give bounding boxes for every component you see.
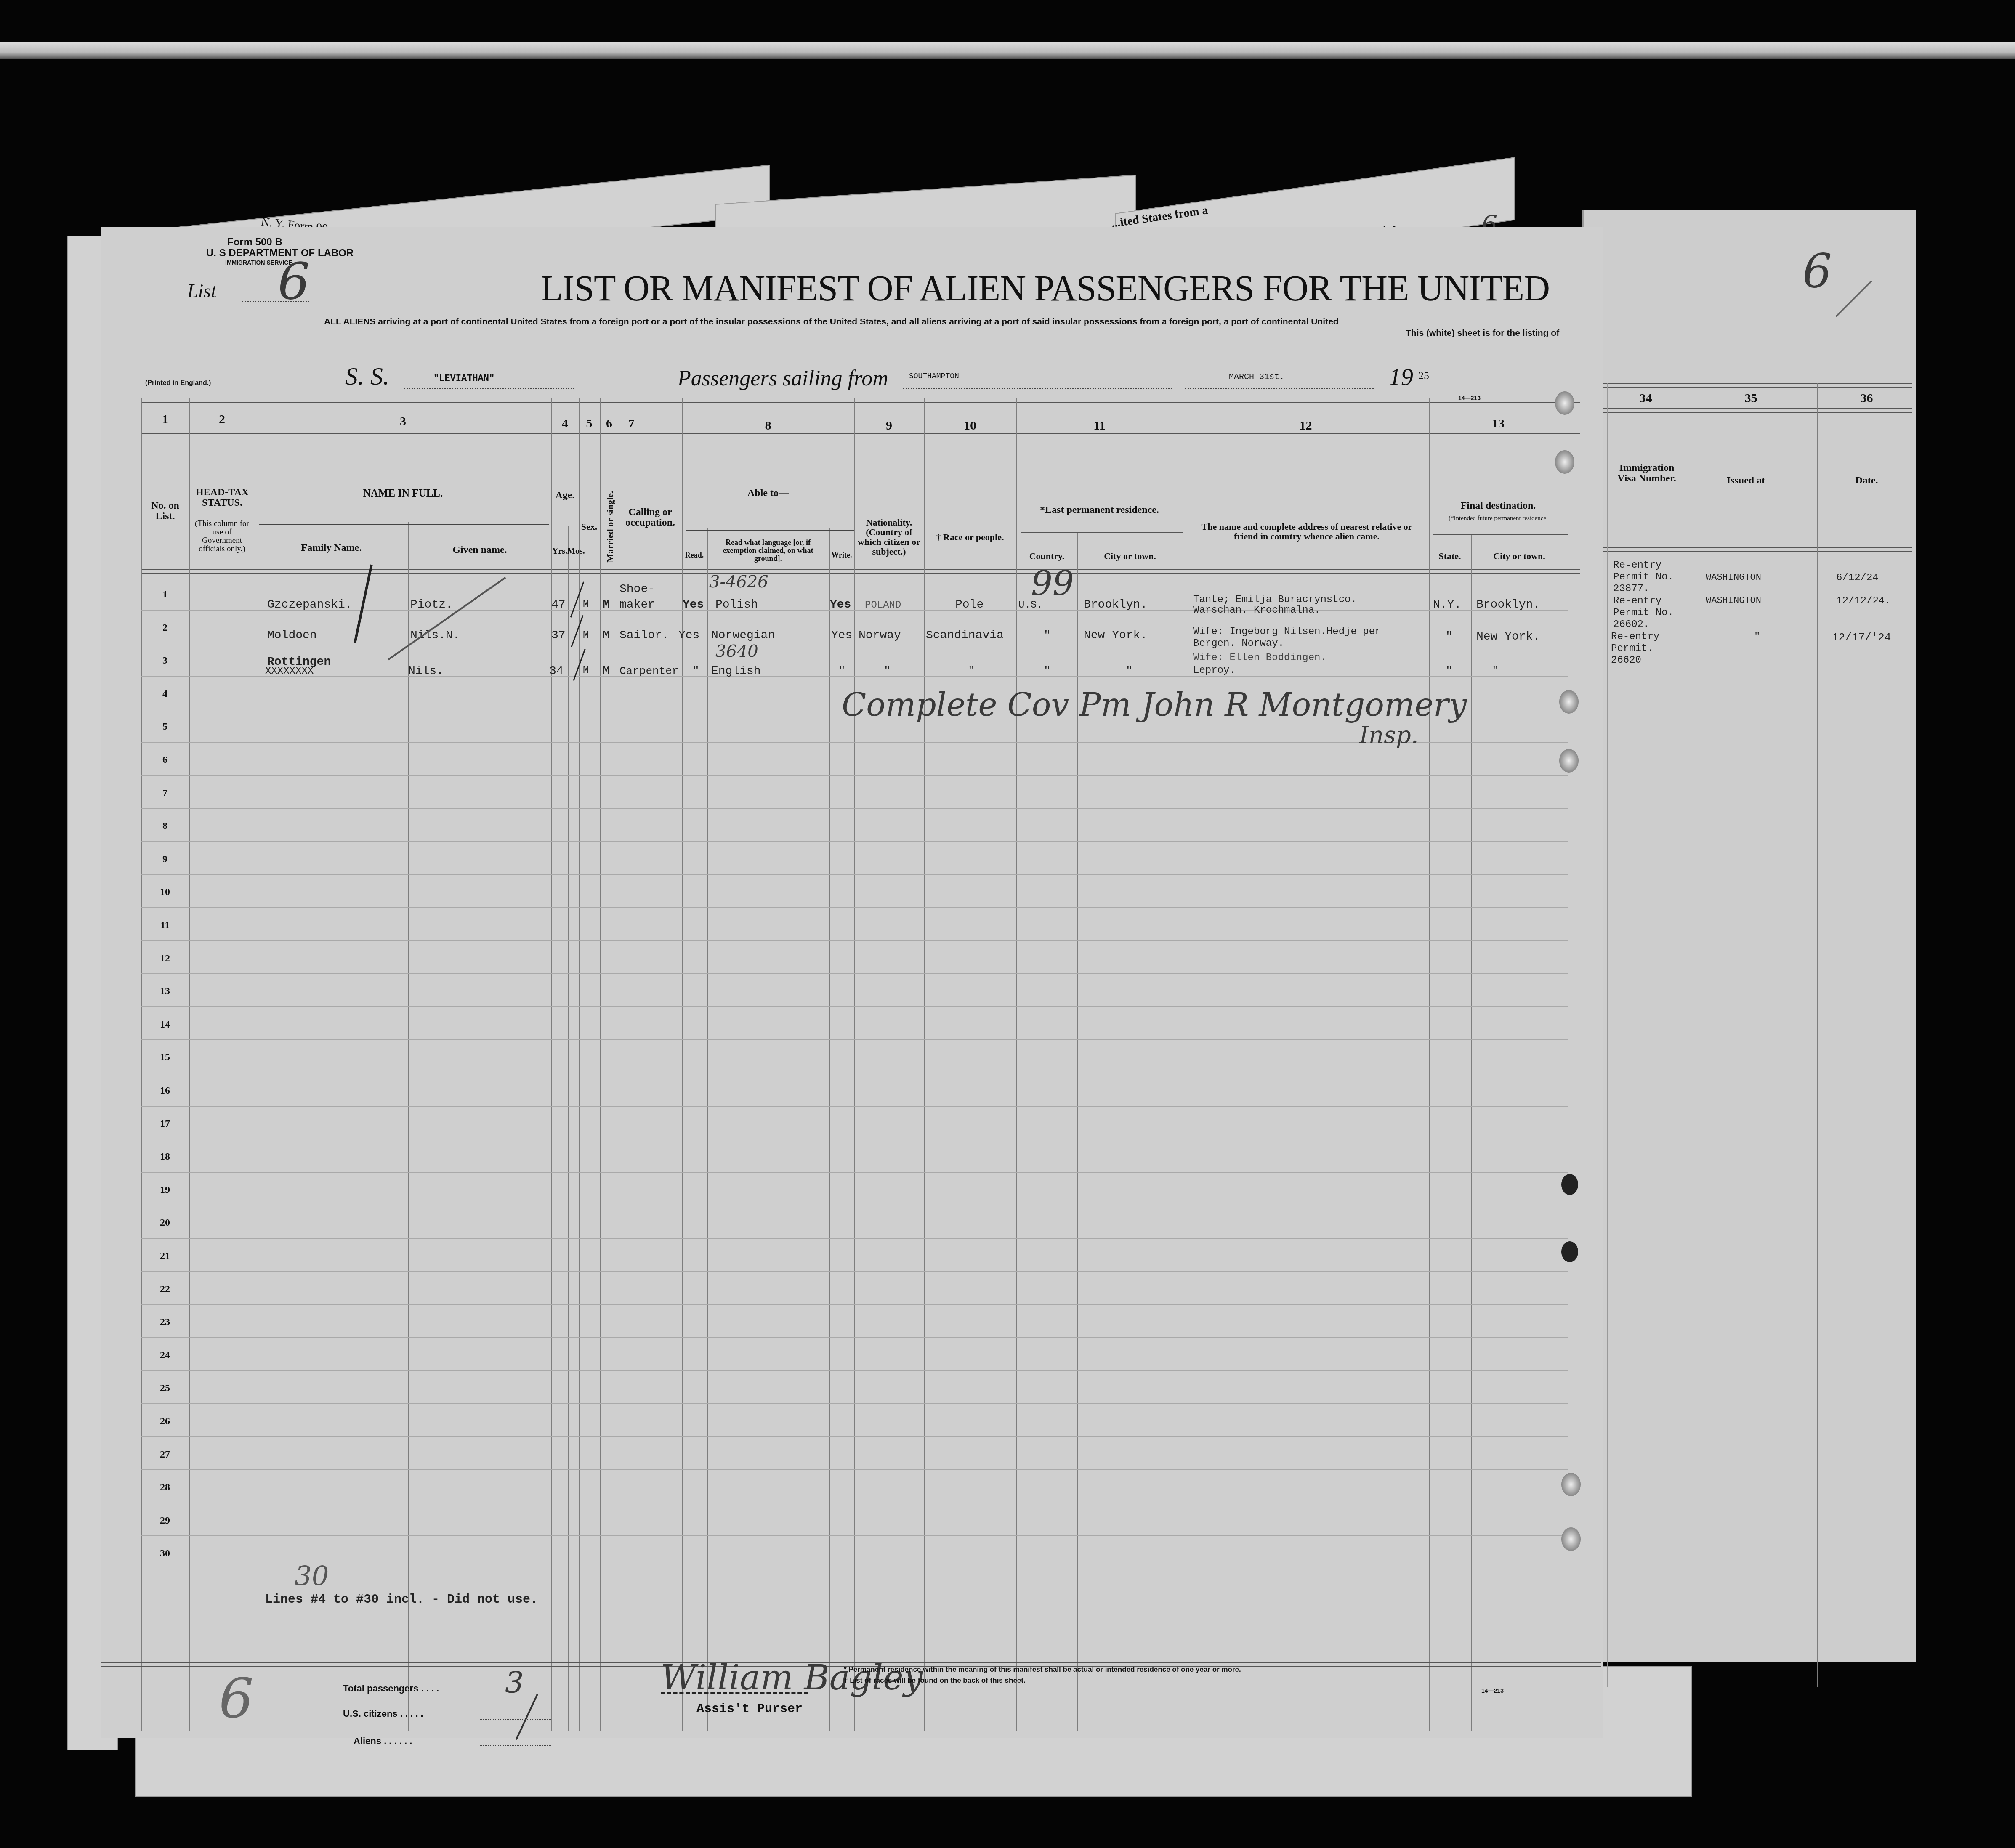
visa-number: Re-entry: [1611, 631, 1659, 643]
colnum-6: 6: [600, 417, 619, 431]
header-mos: Mos.: [567, 547, 580, 556]
col-line: [924, 398, 925, 1731]
nationality: POLAND: [865, 600, 901, 611]
age-years: 34: [549, 665, 564, 678]
colnum-3: 3: [255, 414, 551, 429]
occupation: maker: [619, 598, 655, 611]
back-col-divider: [1607, 383, 1608, 1687]
row-number: 18: [148, 1151, 182, 1163]
date-dotted-line: [1185, 388, 1374, 389]
printed-in: (Printed in England.): [145, 380, 211, 387]
row-number: 20: [148, 1217, 182, 1229]
punch-hole: [1561, 1527, 1581, 1551]
nationality: ": [884, 665, 891, 678]
header-head-tax-note: (This column for use of Government offic…: [191, 520, 253, 553]
can-write: Yes: [831, 629, 852, 642]
row-number: 8: [148, 820, 182, 832]
aliens-label: Aliens . . . . . .: [354, 1736, 412, 1747]
header-given-name: Given name.: [408, 545, 551, 555]
row-number: 16: [148, 1085, 182, 1097]
issued-at: WASHINGTON: [1706, 595, 1761, 606]
unused-lines-note: Lines #4 to #30 incl. - Did not use.: [265, 1593, 538, 1607]
header-state: State.: [1429, 551, 1471, 561]
back-rule-top: [1592, 383, 1912, 388]
ss-label: S. S.: [345, 362, 389, 391]
line-count-mark: 30: [295, 1561, 329, 1592]
row-number: 21: [148, 1251, 182, 1262]
ship-dotted-line: [404, 388, 574, 389]
row-number: 22: [148, 1284, 182, 1295]
sex: M: [583, 630, 589, 641]
form-code-bottom: 14—213: [1481, 1687, 1504, 1694]
col-line: [189, 398, 190, 1731]
row-rule: [141, 874, 1568, 875]
list-number: 6: [278, 252, 310, 311]
visa-number: Permit.: [1611, 643, 1653, 654]
annotation-number: 3-4626: [709, 572, 768, 592]
header-city-or-town: City or town.: [1077, 551, 1183, 561]
margin-six: 6: [219, 1666, 254, 1730]
row-rule: [141, 808, 1568, 809]
instruction-line-1: ALL ALIENS arriving at a port of contine…: [324, 317, 1339, 327]
can-read: ": [692, 665, 699, 678]
header-nearest-relative: The name and complete address of nearest…: [1199, 522, 1414, 541]
row-rule: [141, 940, 1568, 941]
ship-name: "LEVIATHAN": [433, 373, 494, 384]
row-rule: [141, 1106, 1568, 1107]
relative-line-2: Leproy.: [1193, 665, 1236, 676]
col-line: [682, 398, 683, 1731]
punch-hole: [1559, 690, 1579, 714]
col-line: [551, 398, 552, 1731]
header-no-on-list: No. on List.: [143, 501, 187, 522]
destination-state: ": [1446, 665, 1453, 678]
row-number: 28: [148, 1482, 182, 1493]
punch-hole: [1555, 450, 1574, 474]
colnum-8: 8: [682, 419, 854, 433]
scanner-edge-band: [0, 42, 2015, 59]
header-nationality: Nationality. (Country of which citizen o…: [856, 518, 922, 556]
us-citizens-dash: [516, 1694, 538, 1740]
header-age: Age.: [551, 490, 579, 501]
destination-city: Brooklyn.: [1476, 598, 1540, 611]
year-prefix: 19: [1389, 363, 1413, 391]
row-number: 25: [148, 1383, 182, 1394]
colnum-1: 1: [141, 412, 189, 427]
occupation: Carpenter: [619, 665, 678, 677]
issue-date: 12/12/24.: [1836, 595, 1891, 607]
relative-line-2: Warschan. Krochmalna.: [1193, 605, 1320, 616]
visa-number: Permit No.: [1613, 607, 1674, 619]
given-name: Nils.: [408, 665, 444, 678]
issued-at: ": [1754, 631, 1760, 643]
inspector-note: Complete Cov Pm John R Montgomery: [842, 686, 1467, 723]
age-years: 37: [551, 629, 566, 642]
row-rule: [141, 841, 1568, 842]
row-number: 24: [148, 1350, 182, 1361]
manifest-sheet: Form 500 B U. S DEPARTMENT OF LABOR IMMI…: [101, 227, 1603, 1738]
header-married-or-single: Married or single.: [605, 464, 615, 590]
row-rule: [141, 1139, 1568, 1139]
list-label: List: [187, 280, 216, 302]
can-read: Yes: [678, 629, 699, 642]
row-rule: [141, 1469, 1568, 1470]
row-number: 17: [148, 1118, 182, 1130]
note-permanent-residence: * Permanent residence within the meaning…: [844, 1665, 1241, 1674]
departure-port: SOUTHAMPTON: [909, 372, 959, 381]
row-rule: [141, 1304, 1568, 1305]
can-write: ": [838, 665, 845, 678]
row-rule: [141, 1039, 1568, 1040]
row-rule: [141, 973, 1568, 974]
col-line: [255, 398, 255, 1731]
row-rule: [141, 1205, 1568, 1205]
visa-number: Re-entry: [1613, 595, 1661, 607]
residence-city: Brooklyn.: [1084, 598, 1147, 611]
header-read-language: Read what language [or, if exemption cla…: [709, 539, 827, 563]
us-citizens-line: [480, 1719, 551, 1720]
row-number: 11: [148, 920, 182, 931]
given-name: Nils.N.: [410, 629, 460, 642]
row-number: 30: [148, 1548, 182, 1559]
colnum-rule: [141, 433, 1580, 438]
col-line: [1183, 398, 1183, 1731]
col-line: [600, 398, 601, 1731]
departure-date: MARCH 31st.: [1229, 372, 1284, 382]
read-language: Norwegian: [711, 629, 775, 642]
visa-number: 26620: [1611, 655, 1641, 666]
sex: M: [583, 665, 589, 676]
marital-status: M: [603, 598, 610, 611]
col-line: [568, 526, 569, 1731]
destination-city: ": [1492, 665, 1499, 678]
read-language: Polish: [715, 598, 758, 611]
row-rule: [141, 1436, 1568, 1437]
row-number: 1: [148, 589, 182, 600]
row-rule: [141, 742, 1568, 743]
issue-date: 6/12/24: [1836, 572, 1879, 584]
destination-state: N.Y.: [1433, 598, 1461, 611]
colnum-7: 7: [619, 417, 644, 431]
can-read: Yes: [683, 598, 704, 611]
header-final-destination: Final destination.: [1429, 501, 1568, 511]
marital-status: M: [603, 665, 610, 678]
header-last-residence: *Last permanent residence.: [1016, 505, 1183, 515]
aliens-line: [480, 1745, 551, 1746]
destination-city: New York.: [1476, 630, 1540, 643]
inspector-title: Insp.: [1359, 722, 1419, 749]
marital-status: M: [603, 629, 610, 642]
row-number: 2: [148, 622, 182, 634]
back-col34-header: Immigration Visa Number.: [1615, 463, 1678, 484]
back-rule-sub: [1592, 408, 1912, 413]
checkmark-large: [354, 564, 372, 643]
sailing-label: Passengers sailing from: [678, 366, 888, 391]
punch-hole: [1561, 1473, 1581, 1496]
issue-date: 12/17/'24: [1832, 631, 1891, 644]
row-rule: [141, 1370, 1568, 1371]
header-read: Read.: [682, 551, 707, 559]
can-write: Yes: [830, 598, 851, 611]
header-name-in-full: NAME IN FULL.: [255, 488, 551, 499]
row-rule: [141, 610, 1568, 611]
row-number: 23: [148, 1317, 182, 1328]
row-number: 13: [148, 986, 182, 997]
row-rule: [141, 1569, 1568, 1569]
row-rule: [141, 775, 1568, 776]
header-country: Country.: [1016, 551, 1077, 561]
back-colnum-34: 34: [1607, 391, 1685, 406]
occupation-line1: Shoe-: [619, 583, 655, 596]
row-number: 3: [148, 655, 182, 666]
col-line: [408, 522, 409, 1731]
punch-hole: [1561, 1174, 1578, 1195]
subheader-rule-name: [259, 524, 549, 525]
back-col36-header: Date.: [1817, 475, 1916, 486]
row-rule: [141, 1073, 1568, 1073]
colnum-11: 11: [1016, 419, 1183, 433]
residence-country: ": [1044, 629, 1051, 642]
residence-country: ": [1044, 665, 1051, 678]
relative-line-1: Tante; Emilja Buracrynstco.: [1193, 594, 1357, 605]
row-rule: [141, 1403, 1568, 1404]
back-col-divider: [1817, 383, 1818, 1687]
family-name-struck: XXXXXXXX: [265, 666, 314, 677]
header-bottom-rule: [141, 569, 1580, 574]
row-rule: [141, 1535, 1568, 1536]
issued-at: WASHINGTON: [1706, 572, 1761, 583]
manifest-title: LIST OR MANIFEST OF ALIEN PASSENGERS FOR…: [541, 267, 1550, 309]
row-number: 9: [148, 854, 182, 865]
col-line: [854, 398, 855, 1731]
col-line: [141, 398, 142, 1731]
row-number: 14: [148, 1019, 182, 1030]
colnum-5: 5: [579, 417, 600, 431]
annotation-number: 3640: [715, 642, 758, 661]
purser-title: Assis't Purser: [696, 1702, 803, 1716]
row-rule: [141, 1238, 1568, 1239]
family-name: Gzczepanski.: [267, 598, 352, 611]
subheader-rule-destination: [1433, 534, 1568, 535]
colnum-2: 2: [189, 412, 255, 427]
race: Scandinavia: [926, 629, 1004, 642]
family-name: Moldoen: [267, 629, 317, 642]
back-page-tick: [1835, 280, 1872, 317]
header-write: Write.: [829, 551, 854, 559]
given-name: Piotz.: [410, 598, 453, 611]
race: Pole: [955, 598, 984, 611]
race: ": [968, 665, 975, 678]
row-number: 5: [148, 721, 182, 733]
relative-line-1: Wife: Ingeborg Nilsen.Hedje per: [1193, 626, 1381, 637]
read-language: English: [711, 665, 761, 678]
punch-hole: [1561, 1241, 1578, 1262]
back-page: 6 34 35 36 Immigration Visa Number. Issu…: [1582, 210, 1916, 1662]
colnum-10: 10: [924, 419, 1016, 433]
back-col-divider: [1685, 383, 1685, 1687]
back-col35-header: Issued at—: [1685, 475, 1817, 486]
row-rule: [141, 1271, 1568, 1272]
us-citizens-label: U.S. citizens . . . . .: [343, 1708, 423, 1719]
row-number: 29: [148, 1515, 182, 1527]
sex: M: [583, 599, 589, 611]
age-years: 47: [551, 598, 566, 611]
form-number: Form 500 B: [227, 236, 282, 248]
table-top-rule: [141, 398, 1580, 403]
header-head-tax: HEAD-TAX STATUS.: [190, 487, 254, 508]
col-line: [1471, 534, 1472, 1731]
visa-number: Permit No.: [1613, 571, 1674, 583]
row-rule: [141, 1503, 1568, 1503]
instruction-line-2: This (white) sheet is for the listing of: [1406, 328, 1559, 338]
total-passengers-value: 3: [505, 1665, 524, 1700]
row-rule: [141, 907, 1568, 908]
back-rule-head: [1592, 547, 1912, 552]
punch-hole: [1559, 749, 1579, 773]
relative-line-1: Wife: Ellen Boddingen.: [1193, 652, 1326, 664]
row-number: 4: [148, 688, 182, 700]
port-dotted-line: [903, 388, 1172, 389]
residence-city: ": [1126, 665, 1133, 678]
header-dest-city: City or town.: [1471, 551, 1568, 561]
row-number: 12: [148, 953, 182, 964]
relative-line-2: Bergen. Norway.: [1193, 638, 1284, 649]
row-rule: [141, 1337, 1568, 1338]
occupation: Sailor.: [619, 629, 669, 642]
row-rule: [141, 1006, 1568, 1007]
row-rule: [141, 676, 1568, 677]
header-family-name: Family Name.: [255, 543, 408, 553]
country-mark: 99: [1031, 564, 1074, 603]
visa-number: 26602.: [1613, 619, 1649, 630]
row-number: 26: [148, 1416, 182, 1427]
back-colnum-35: 35: [1685, 391, 1817, 406]
note-list-of-races: † List of races will be found on the bac…: [844, 1676, 1026, 1685]
destination-state: ": [1446, 630, 1453, 643]
colnum-13: 13: [1429, 417, 1568, 431]
header-sex: Sex.: [579, 522, 600, 531]
col-line: [619, 398, 619, 1731]
colnum-4: 4: [551, 417, 579, 431]
header-yrs: Yrs.: [550, 547, 569, 556]
row-number: 15: [148, 1052, 182, 1063]
visa-number: Re-entry: [1613, 560, 1661, 571]
col-line: [1016, 398, 1017, 1731]
checkmark-large-stroke: [388, 577, 506, 660]
year-suffix: 25: [1418, 369, 1429, 382]
row-number: 7: [148, 788, 182, 799]
row-number: 27: [148, 1449, 182, 1460]
nationality: Norway: [859, 629, 901, 642]
row-number: 19: [148, 1184, 182, 1196]
row-number: 10: [148, 887, 182, 898]
punch-hole: [1555, 391, 1574, 415]
header-calling: Calling or occupation.: [621, 507, 680, 528]
subheader-rule-residence: [1021, 532, 1183, 533]
col-line: [579, 398, 580, 1731]
subheader-rule-able: [686, 530, 854, 531]
visa-number: 23877.: [1613, 583, 1649, 595]
header-final-destination-note: (*Intended future permanent residence.: [1429, 515, 1568, 522]
row-rule: [141, 1172, 1568, 1173]
checkmark-row-1: [570, 581, 585, 618]
signature-line: [661, 1692, 808, 1694]
colnum-9: 9: [854, 419, 924, 433]
residence-city: New York.: [1084, 629, 1147, 642]
header-race: † Race or people.: [924, 532, 1016, 542]
total-passengers-label: Total passengers . . . .: [343, 1683, 439, 1694]
colnum-12: 12: [1183, 419, 1429, 433]
header-able-to: Able to—: [682, 488, 854, 499]
back-page-list-mark: 6: [1802, 244, 1832, 298]
back-colnum-36: 36: [1817, 391, 1916, 406]
row-number: 6: [148, 754, 182, 766]
col-line: [1429, 398, 1430, 1731]
